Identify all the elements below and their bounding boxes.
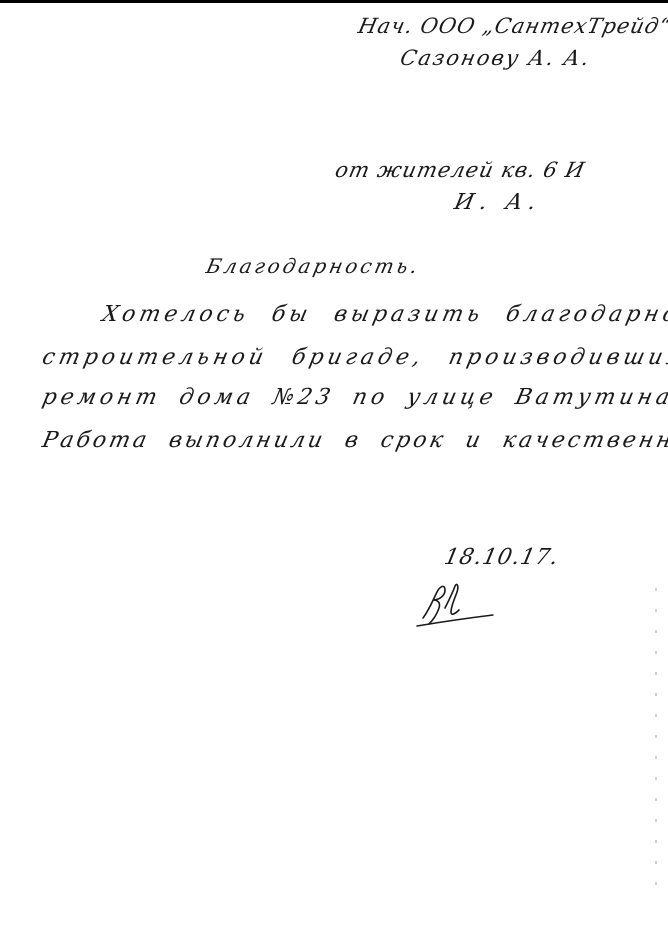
- addressee-line-1: Нач. ООО „СантехТрейд“: [356, 14, 668, 38]
- scan-top-border: [0, 0, 668, 3]
- letter-title: Благодарность.: [204, 254, 423, 278]
- sender-line-1: от жителей кв. 6 И: [333, 158, 588, 182]
- body-line-2: строительной бригаде, производившим: [40, 345, 668, 370]
- signature-icon: [415, 578, 495, 628]
- addressee-line-2: Сазонову А. А.: [398, 46, 593, 70]
- body-line-1: Хотелось бы выразить благодарность: [100, 302, 668, 327]
- scan-edge-noise: [655, 570, 657, 890]
- body-line-3: ремонт дома №23 по улице Ватутина.: [40, 385, 668, 410]
- body-line-4: Работа выполнили в срок и качественно.: [40, 428, 668, 453]
- letter-date: 18.10.17.: [442, 545, 561, 570]
- sender-line-2: И. А.: [452, 190, 544, 215]
